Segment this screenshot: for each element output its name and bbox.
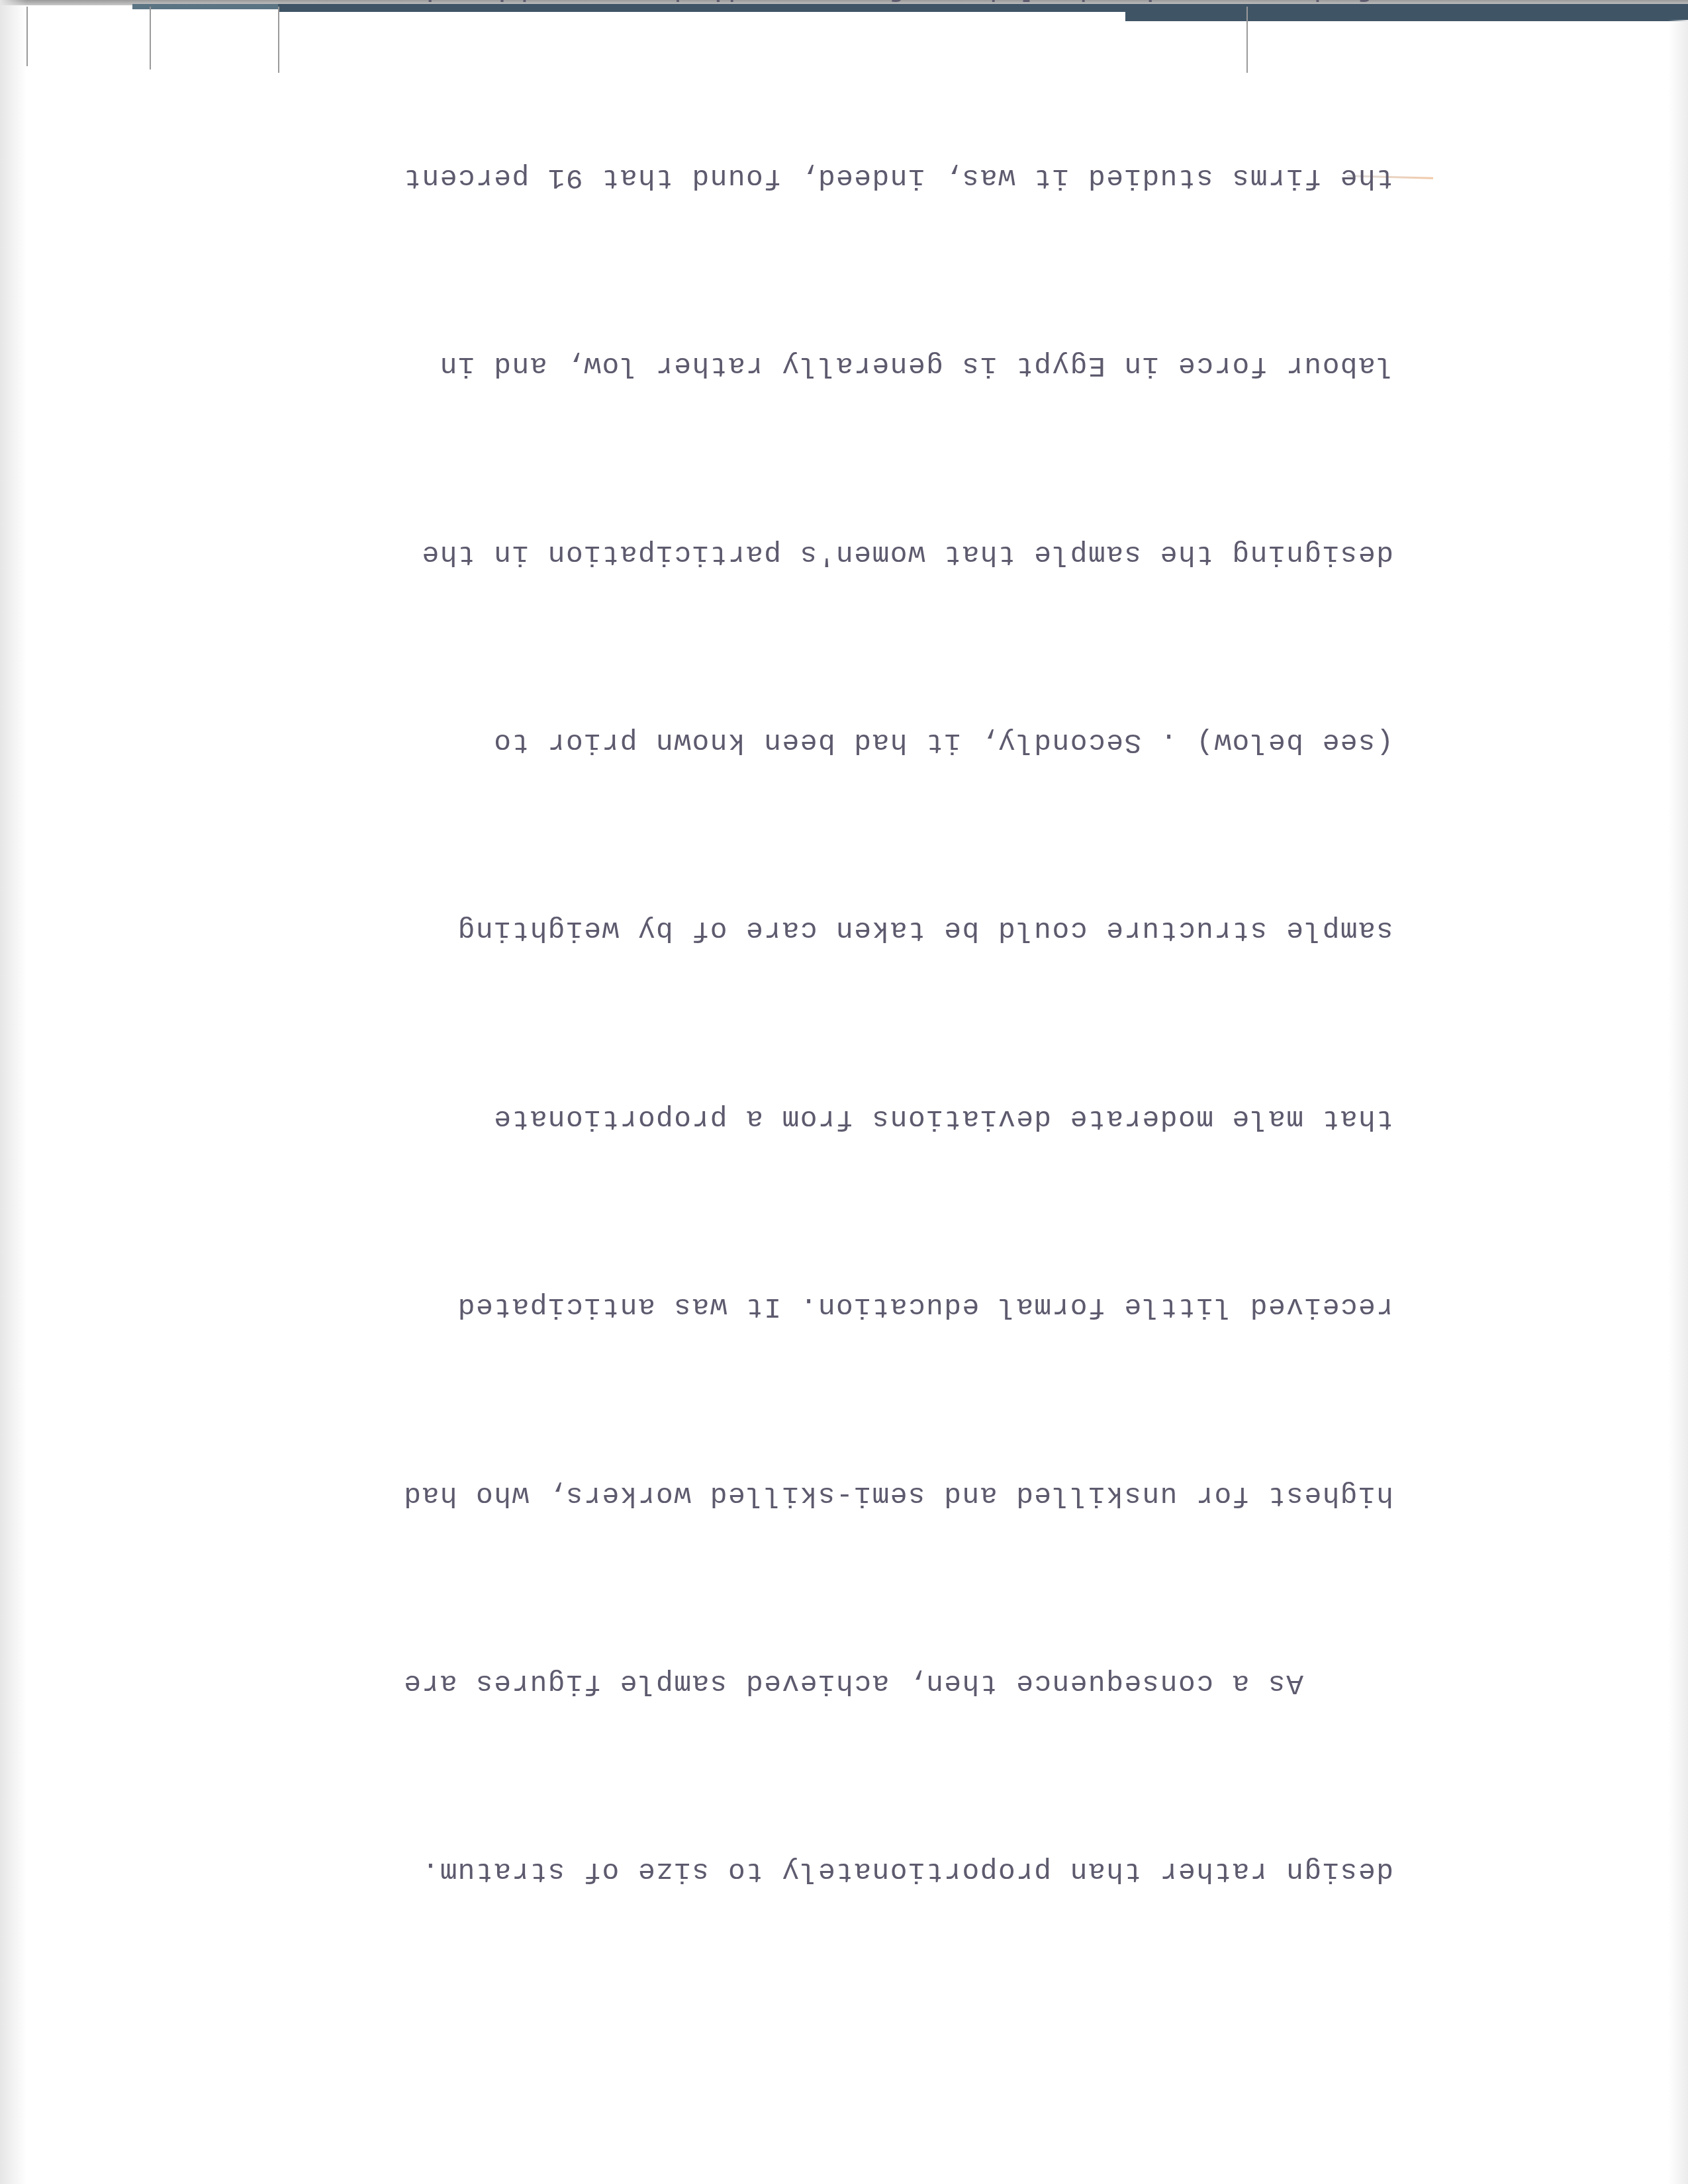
body-text: design rather than proportionately to si… xyxy=(136,0,1393,2028)
text-line: design rather than proportionately to si… xyxy=(136,1840,1393,1903)
text-line: designing the sample that women's partic… xyxy=(136,522,1393,585)
text-line: highest for unskilled and semi-skilled w… xyxy=(136,1463,1393,1526)
text-line: received little formal education. It was… xyxy=(136,1275,1393,1338)
text-line: the firms studied it was, indeed, found … xyxy=(136,146,1393,208)
text-line: that male moderate deviations from a pro… xyxy=(136,1087,1393,1150)
text-line: labour force in Egypt is generally rathe… xyxy=(136,334,1393,396)
text-line: (see below) . Secondly, it had been know… xyxy=(136,710,1393,773)
text-line: As a consequence then, achieved sample f… xyxy=(136,1651,1393,1714)
text-line: sample structure could be taken care of … xyxy=(136,899,1393,962)
scanned-page: design rather than proportionately to si… xyxy=(0,0,1688,2184)
text-line: of the women in the labour force studied… xyxy=(136,0,1393,21)
